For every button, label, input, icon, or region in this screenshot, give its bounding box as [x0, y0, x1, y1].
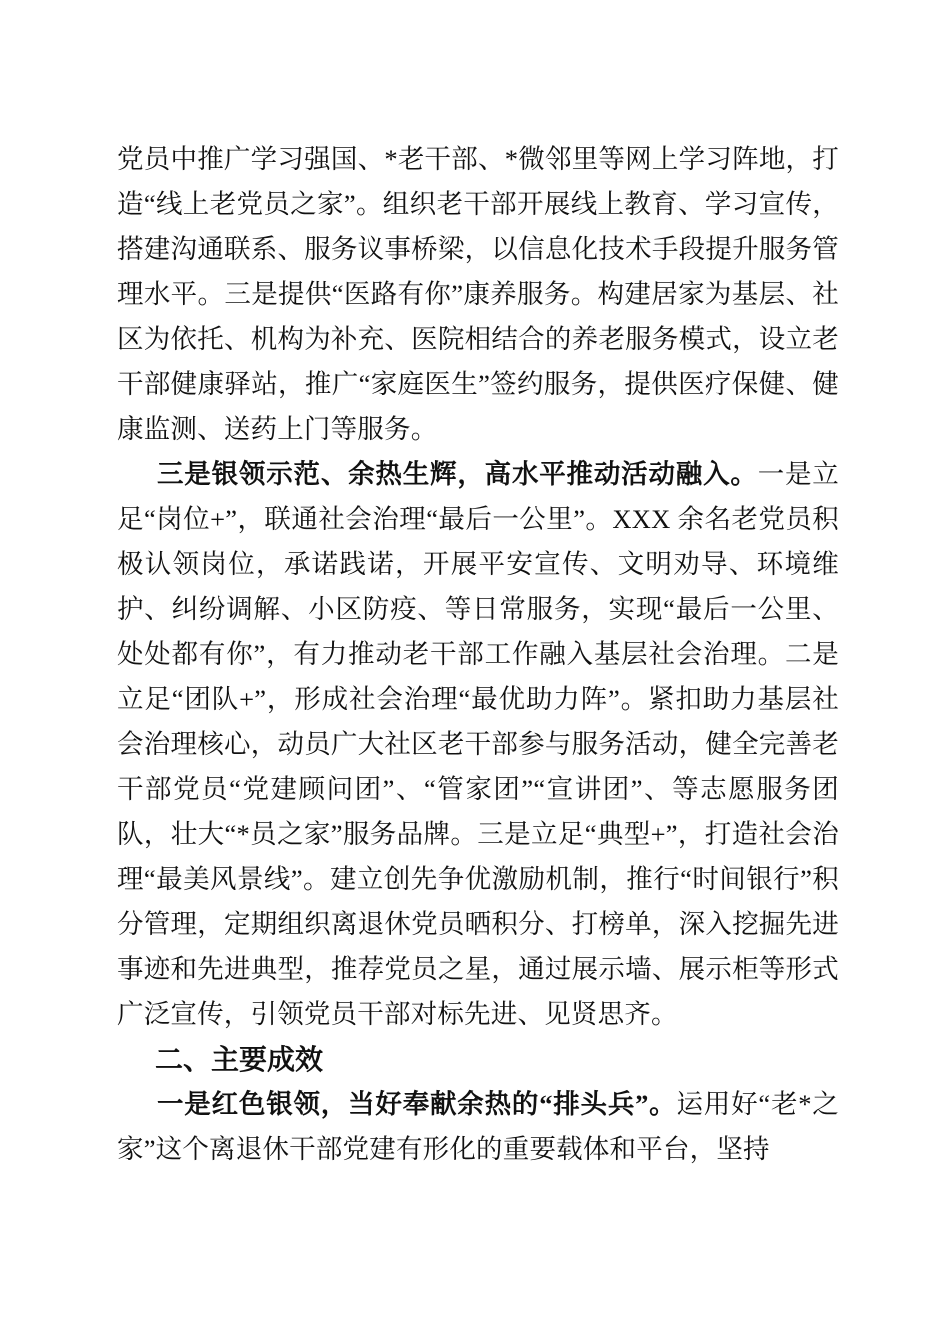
- paragraph-continuation: 党员中推广学习强国、*老干部、*微邻里等网上学习阵地，打造“线上老党员之家”。组…: [117, 137, 839, 452]
- paragraph-red-silver-lead: 一是红色银领，当好奉献余热的“排头兵”。运用好“老*之家”这个离退休干部党建有形…: [117, 1082, 839, 1172]
- paragraph-silver-lead-activities: 三是银领示范、余热生辉，高水平推动活动融入。一是立足“岗位+”，联通社会治理“最…: [117, 452, 839, 1037]
- paragraph-bold-lead: 一是红色银领，当好奉献余热的“排头兵”。: [157, 1089, 676, 1119]
- paragraph-text: 党员中推广学习强国、*老干部、*微邻里等网上学习阵地，打造“线上老党员之家”。组…: [117, 144, 839, 444]
- document-page: 党员中推广学习强国、*老干部、*微邻里等网上学习阵地，打造“线上老党员之家”。组…: [0, 0, 950, 1344]
- section-heading-main-results: 二、主要成效: [117, 1037, 839, 1082]
- paragraph-bold-lead: 三是银领示范、余热生辉，高水平推动活动融入。: [157, 459, 758, 489]
- paragraph-text: 一是立足“岗位+”，联通社会治理“最后一公里”。XXX 余名老党员积极认领岗位，…: [117, 459, 839, 1029]
